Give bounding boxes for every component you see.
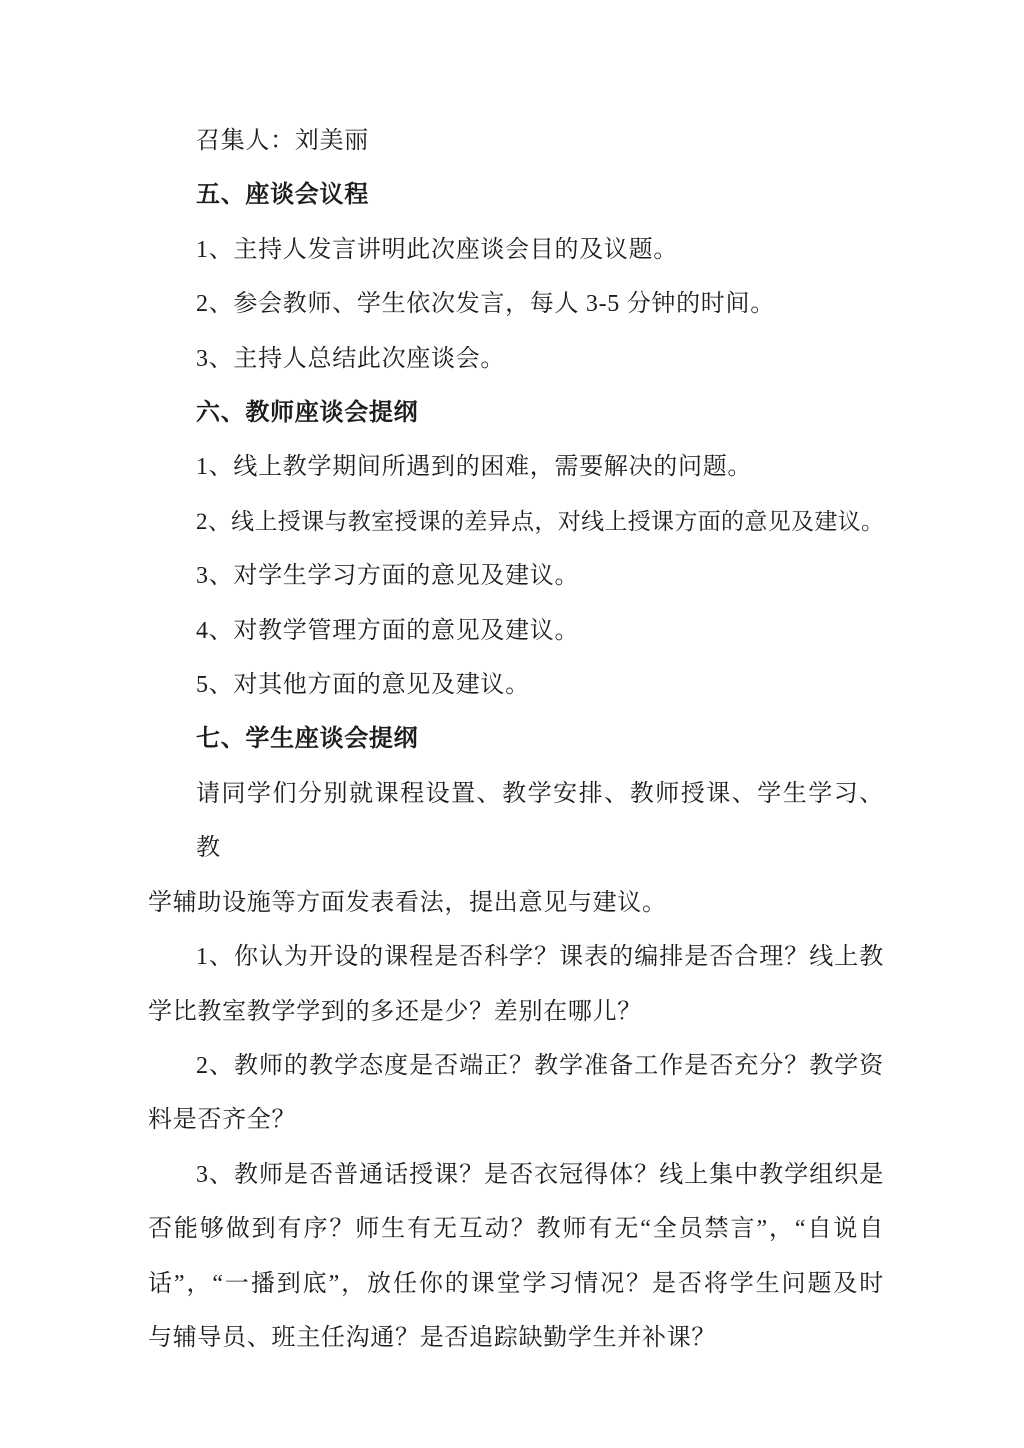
text-line: 1、你认为开设的课程是否科学？课表的编排是否合理？线上教 [148,930,884,984]
teacher-outline-item-5: 5、对其他方面的意见及建议。 [148,658,884,712]
text-line: 3、主持人总结此次座谈会。 [148,332,884,386]
teacher-outline-item-1: 1、线上教学期间所遇到的困难，需要解决的问题。 [148,440,884,494]
text-line: 1、线上教学期间所遇到的困难，需要解决的问题。 [148,440,884,494]
section-heading-student-outline: 七、学生座谈会提纲 [148,712,884,766]
student-outline-item-2: 2、教师的教学态度是否端正？教学准备工作是否充分？教学资 料是否齐全？ [148,1039,884,1148]
text-line: 5、对其他方面的意见及建议。 [148,658,884,712]
text-line: 3、教师是否普通话授课？是否衣冠得体？线上集中教学组织是 [148,1148,884,1202]
text-line: 召集人：刘美丽 [148,114,884,168]
teacher-outline-item-4: 4、对教学管理方面的意见及建议。 [148,604,884,658]
text-line: 2、教师的教学态度是否端正？教学准备工作是否充分？教学资 [148,1039,884,1093]
section-heading-teacher-outline: 六、教师座谈会提纲 [148,386,884,440]
text-line: 4、对教学管理方面的意见及建议。 [148,604,884,658]
text-line: 话”，“一播到底”，放任你的课堂学习情况？是否将学生问题及时 [148,1257,884,1311]
text-line: 料是否齐全？ [148,1093,884,1147]
text-line: 2、线上授课与教室授课的差异点，对线上授课方面的意见及建议。 [148,495,884,549]
student-outline-item-1: 1、你认为开设的课程是否科学？课表的编排是否合理？线上教 学比教室教学学到的多还… [148,930,884,1039]
text-line: 2、参会教师、学生依次发言，每人 3-5 分钟的时间。 [148,277,884,331]
text-line: 学辅助设施等方面发表看法，提出意见与建议。 [148,876,884,930]
agenda-item-3: 3、主持人总结此次座谈会。 [148,332,884,386]
text-line: 请同学们分别就课程设置、教学安排、教师授课、学生学习、教 [148,767,884,876]
teacher-outline-item-3: 3、对学生学习方面的意见及建议。 [148,549,884,603]
text-line: 与辅导员、班主任沟通？是否追踪缺勤学生并补课？ [148,1311,884,1365]
agenda-item-1: 1、主持人发言讲明此次座谈会目的及议题。 [148,223,884,277]
document-page: 召集人：刘美丽 五、座谈会议程 1、主持人发言讲明此次座谈会目的及议题。 2、参… [0,0,1024,1448]
paragraph-convener: 召集人：刘美丽 [148,114,884,168]
section-heading-meeting-agenda: 五、座谈会议程 [148,168,884,222]
student-outline-item-3: 3、教师是否普通话授课？是否衣冠得体？线上集中教学组织是 否能够做到有序？师生有… [148,1148,884,1366]
agenda-item-2: 2、参会教师、学生依次发言，每人 3-5 分钟的时间。 [148,277,884,331]
text-line: 3、对学生学习方面的意见及建议。 [148,549,884,603]
heading-text: 七、学生座谈会提纲 [148,712,884,766]
heading-text: 六、教师座谈会提纲 [148,386,884,440]
document-body: 召集人：刘美丽 五、座谈会议程 1、主持人发言讲明此次座谈会目的及议题。 2、参… [148,114,884,1365]
heading-text: 五、座谈会议程 [148,168,884,222]
student-outline-intro: 请同学们分别就课程设置、教学安排、教师授课、学生学习、教 学辅助设施等方面发表看… [148,767,884,930]
text-line: 否能够做到有序？师生有无互动？教师有无“全员禁言”，“自说自 [148,1202,884,1256]
text-line: 1、主持人发言讲明此次座谈会目的及议题。 [148,223,884,277]
teacher-outline-item-2: 2、线上授课与教室授课的差异点，对线上授课方面的意见及建议。 [148,495,884,549]
text-line: 学比教室教学学到的多还是少？差别在哪儿？ [148,985,884,1039]
